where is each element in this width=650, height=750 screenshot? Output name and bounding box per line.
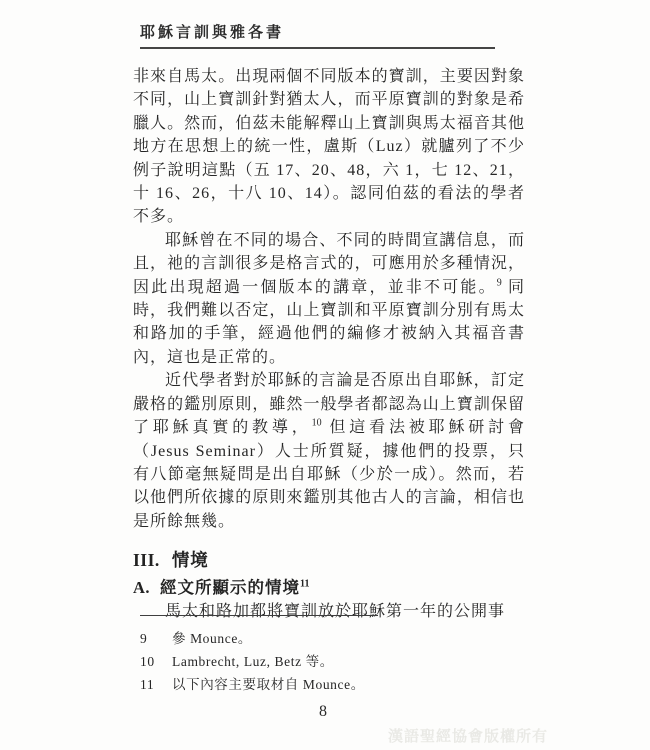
copyright-watermark: 漢語聖經協會版權所有 (388, 725, 548, 746)
footnote-number: 9 (140, 630, 172, 647)
subsection-letter: A. (133, 578, 150, 597)
footnote-text: 參 Mounce。 (172, 630, 525, 647)
footnote-list: 9參 Mounce。10Lambrecht, Luz, Betz 等。11以下內… (140, 624, 525, 693)
body-paragraphs: 非來自馬太。出現兩個不同版本的寶訓，主要因對象不同，山上寶訓針對猶太人，而平原寶… (133, 65, 525, 533)
section-paragraph: 馬太和路加都將寶訓放於耶穌第一年的公開事 (133, 600, 525, 623)
book-page: 耶穌言訓與雅各書 非來自馬太。出現兩個不同版本的寶訓，主要因對象不同，山上寶訓針… (0, 0, 650, 750)
footnote-ref-11: 11 (300, 579, 309, 590)
subsection-title: 經文所顯示的情境 (160, 578, 300, 597)
footnote-text: 以下內容主要取材自 Mounce。 (172, 676, 525, 693)
footnote-ref-9: 9 (497, 277, 502, 288)
footnote-number: 11 (140, 676, 172, 693)
section-title: 情境 (172, 550, 209, 570)
subsection-heading: A.經文所顯示的情境11 (133, 576, 525, 600)
footnote-rule (140, 615, 378, 616)
footnote-text: Lambrecht, Luz, Betz 等。 (172, 653, 525, 670)
footnote-ref-10: 10 (312, 418, 322, 429)
footnote-item: 10Lambrecht, Luz, Betz 等。 (140, 653, 525, 670)
header-rule (140, 47, 495, 49)
paragraph: 耶穌曾在不同的場合、不同的時間宣講信息，而且，祂的言訓很多是格言式的，可應用於多… (133, 229, 525, 369)
paragraph: 近代學者對於耶穌的言論是否原出自耶穌，訂定嚴格的鑑別原則，雖然一般學者都認為山上… (133, 369, 525, 533)
footnote-number: 10 (140, 653, 172, 670)
footnote-item: 9參 Mounce。 (140, 630, 525, 647)
running-header: 耶穌言訓與雅各書 (140, 23, 525, 43)
paragraph: 非來自馬太。出現兩個不同版本的寶訓，主要因對象不同，山上寶訓針對猶太人，而平原寶… (133, 65, 525, 229)
page-number: 8 (133, 703, 513, 721)
section-number: III. (133, 550, 160, 570)
section-heading: III.情境 (133, 548, 525, 572)
running-header-title: 耶穌言訓與雅各書 (140, 25, 284, 41)
text-column: 耶穌言訓與雅各書 非來自馬太。出現兩個不同版本的寶訓，主要因對象不同，山上寶訓針… (133, 0, 525, 750)
footnote-item: 11以下內容主要取材自 Mounce。 (140, 676, 525, 693)
